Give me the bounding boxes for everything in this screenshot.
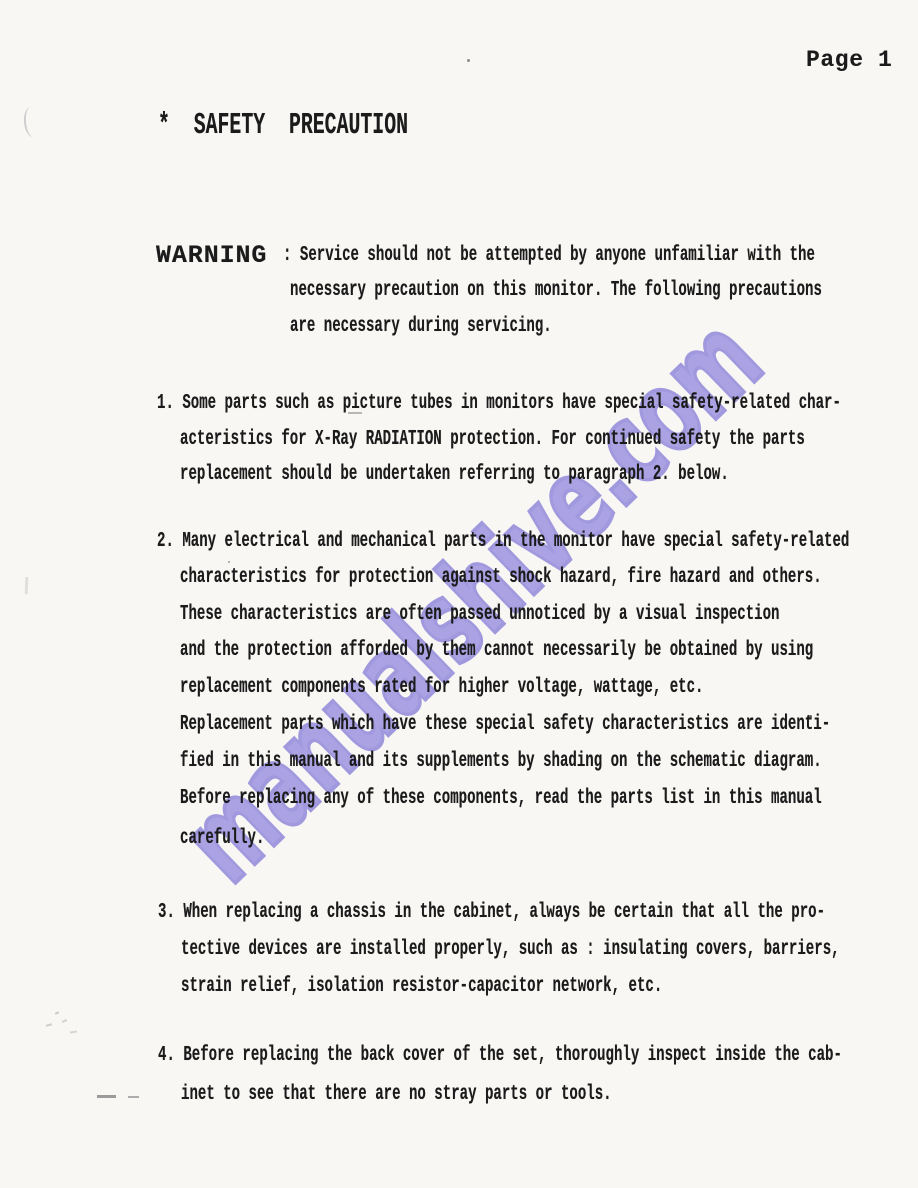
- item-2-line: fied in this manual and its supplements …: [180, 750, 822, 774]
- scan-smudge: [62, 1019, 67, 1023]
- scanned-document-page: manualshive.com Page 1 * SAFETY PRECAUTI…: [0, 0, 918, 1188]
- item-2-line: Replacement parts which have these speci…: [180, 713, 830, 737]
- item-2-line: 2. Many electrical and mechanical parts …: [157, 530, 849, 554]
- scan-smudge: [128, 1096, 139, 1098]
- item-2-line: These characteristics are often passed u…: [180, 603, 779, 627]
- scan-smudge: [25, 577, 29, 594]
- item-4-line: 4. Before replacing the back cover of th…: [158, 1044, 842, 1068]
- warning-line: : Service should not be attempted by any…: [283, 244, 815, 268]
- item-4-line: inet to see that there are no stray part…: [181, 1083, 612, 1107]
- scan-smudge: [23, 106, 39, 137]
- item-2-line: replacement components rated for higher …: [180, 676, 703, 700]
- page-number: Page 1: [806, 48, 892, 72]
- scan-smudge: [46, 1023, 52, 1026]
- item-3-line: tective devices are installed properly, …: [181, 938, 840, 962]
- item-1-line: acteristics for X-Ray RADIATION protecti…: [180, 428, 805, 452]
- warning-label: WARNING: [156, 244, 267, 268]
- scan-smudge: [55, 1011, 59, 1014]
- item-1-line: replacement should be undertaken referri…: [180, 463, 729, 487]
- page-title: * SAFETY PRECAUTION: [158, 109, 408, 143]
- item-1-line: 1. Some parts such as picture tubes in m…: [157, 392, 841, 416]
- item-2-line: and the protection afforded by them cann…: [180, 639, 813, 663]
- scan-smudge: [97, 1095, 116, 1098]
- item-2-line: characteristics for protection against s…: [180, 566, 822, 590]
- scan-speck: [467, 59, 470, 62]
- item-2-line: Before replacing any of these components…: [180, 787, 822, 811]
- warning-line: are necessary during servicing.: [290, 315, 552, 339]
- item-3-line: strain relief, isolation resistor-capaci…: [181, 975, 662, 999]
- item-2-line: carefully.: [180, 827, 264, 851]
- item-3-line: 3. When replacing a chassis in the cabin…: [158, 901, 825, 925]
- scan-speck: [228, 561, 230, 563]
- watermark-text: manualshive.com: [157, 292, 787, 907]
- warning-line: necessary precaution on this monitor. Th…: [290, 279, 822, 303]
- scan-smudge: [70, 1031, 77, 1034]
